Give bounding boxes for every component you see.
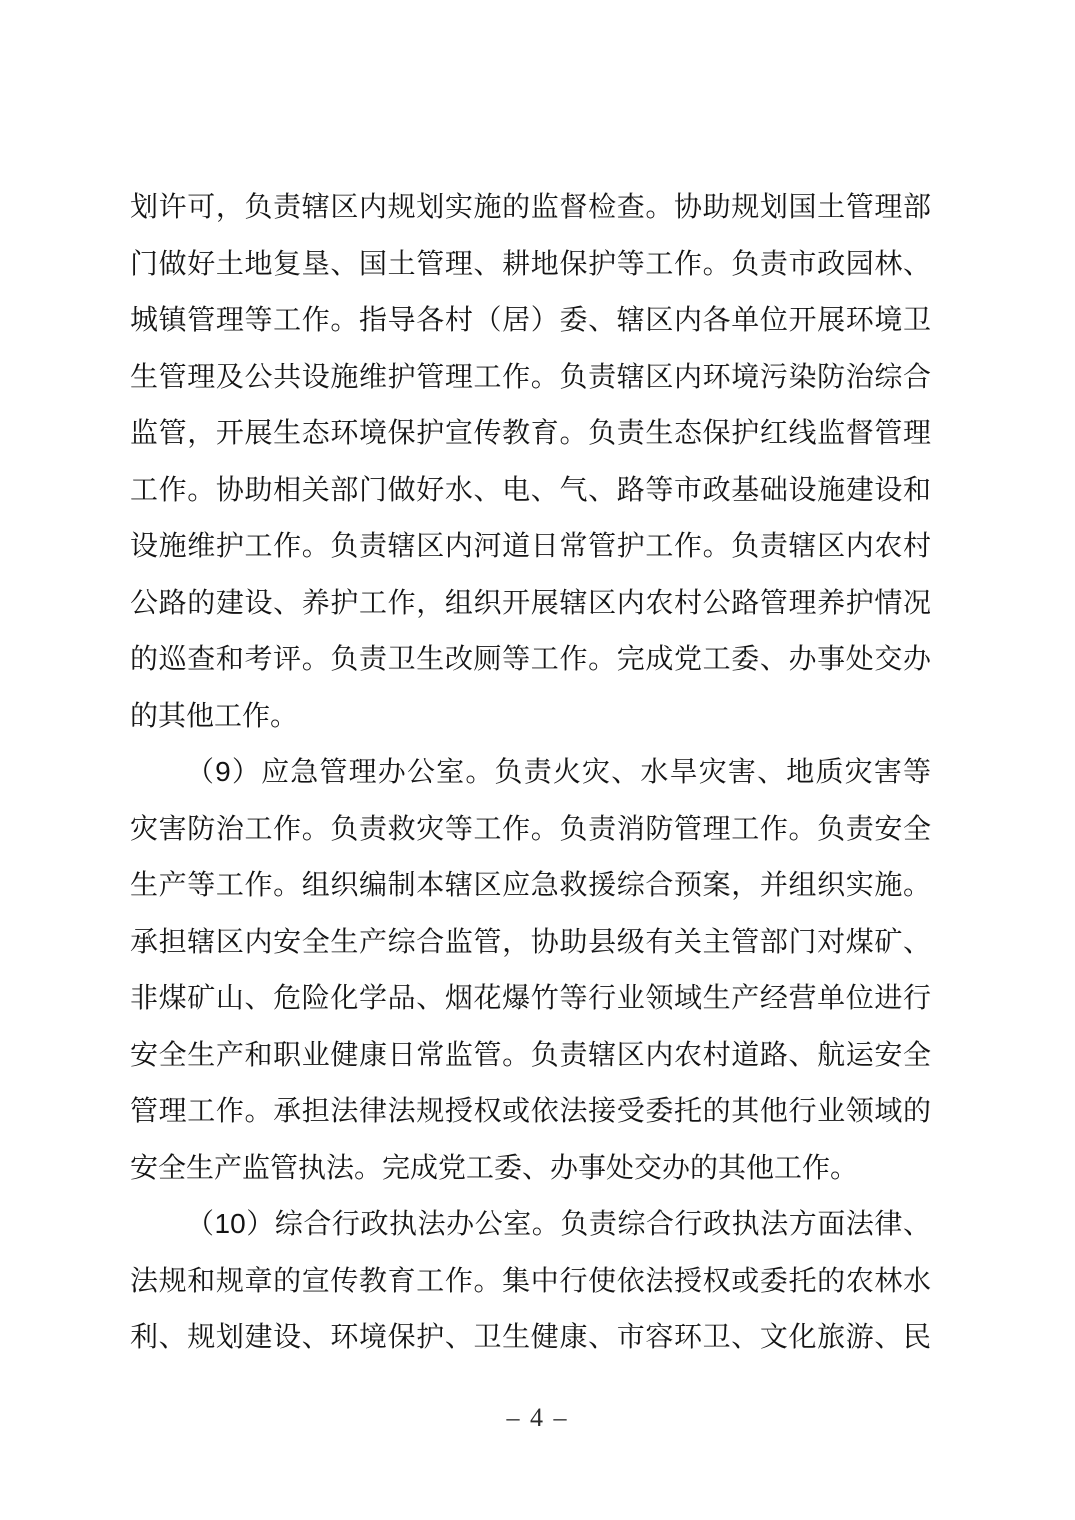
text-line: （9）应急管理办公室。负责火灾、水旱灾害、地质灾害等 — [130, 744, 931, 801]
text-line: 的其他工作。 — [130, 688, 931, 745]
text-line: 公路的建设、养护工作，组织开展辖区内农村公路管理养护情况 — [130, 575, 931, 632]
document-body: 划许可，负责辖区内规划实施的监督检查。协助规划国土管理部门做好土地复垦、国土管理… — [130, 179, 931, 1366]
text-line: 设施维护工作。负责辖区内河道日常管护工作。负责辖区内农村 — [130, 518, 931, 575]
paragraph: （9）应急管理办公室。负责火灾、水旱灾害、地质灾害等灾害防治工作。负责救灾等工作… — [130, 744, 931, 1196]
text-line: 灾害防治工作。负责救灾等工作。负责消防管理工作。负责安全 — [130, 801, 931, 858]
page-number: – 4 – — [507, 1403, 569, 1432]
page: 划许可，负责辖区内规划实施的监督检查。协助规划国土管理部门做好土地复垦、国土管理… — [0, 0, 1075, 1520]
text-line: 生管理及公共设施维护管理工作。负责辖区内环境污染防治综合 — [130, 349, 931, 406]
text-line: 生产等工作。组织编制本辖区应急救援综合预案，并组织实施。 — [130, 857, 931, 914]
text-line: 安全生产监管执法。完成党工委、办事处交办的其他工作。 — [130, 1140, 931, 1197]
text-line: 划许可，负责辖区内规划实施的监督检查。协助规划国土管理部 — [130, 179, 931, 236]
text-line: 工作。协助相关部门做好水、电、气、路等市政基础设施建设和 — [130, 462, 931, 519]
paragraph: （10）综合行政执法办公室。负责综合行政执法方面法律、法规和规章的宣传教育工作。… — [130, 1196, 931, 1366]
text-line: 监管，开展生态环境保护宣传教育。负责生态保护红线监督管理 — [130, 405, 931, 462]
text-line: 管理工作。承担法律法规授权或依法接受委托的其他行业领域的 — [130, 1083, 931, 1140]
text-line: 非煤矿山、危险化学品、烟花爆竹等行业领域生产经营单位进行 — [130, 970, 931, 1027]
text-line: （10）综合行政执法办公室。负责综合行政执法方面法律、 — [130, 1196, 931, 1253]
paragraph: 划许可，负责辖区内规划实施的监督检查。协助规划国土管理部门做好土地复垦、国土管理… — [130, 179, 931, 744]
text-line: 门做好土地复垦、国土管理、耕地保护等工作。负责市政园林、 — [130, 236, 931, 293]
text-line: 城镇管理等工作。指导各村（居）委、辖区内各单位开展环境卫 — [130, 292, 931, 349]
text-line: 承担辖区内安全生产综合监管，协助县级有关主管部门对煤矿、 — [130, 914, 931, 971]
text-line: 安全生产和职业健康日常监管。负责辖区内农村道路、航运安全 — [130, 1027, 931, 1084]
text-line: 法规和规章的宣传教育工作。集中行使依法授权或委托的农林水 — [130, 1253, 931, 1310]
page-footer: – 4 – — [0, 1403, 1075, 1433]
text-line: 利、规划建设、环境保护、卫生健康、市容环卫、文化旅游、民 — [130, 1309, 931, 1366]
text-line: 的巡查和考评。负责卫生改厕等工作。完成党工委、办事处交办 — [130, 631, 931, 688]
